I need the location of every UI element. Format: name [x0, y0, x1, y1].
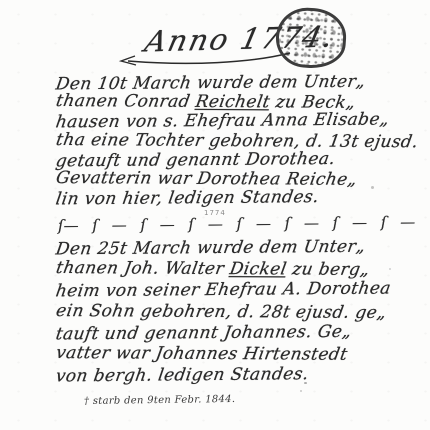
underlined-surname: Reichelt	[194, 92, 272, 112]
line-text: thanen Conrad	[55, 91, 198, 112]
manuscript-line: lin von hier, ledigen Standes.	[54, 188, 379, 210]
ink-speck	[389, 268, 391, 270]
manuscript-line: ein Sohn gebohren, d. 28t ejusd. ge„	[54, 301, 379, 324]
manuscript-line: Den 25t March wurde dem Unter„	[54, 237, 380, 261]
ink-speck	[371, 186, 374, 189]
entry-divider-squiggles: ſ— ſ — ſ — ſ — ſ — ſ — ſ — ſ —	[58, 213, 374, 234]
manuscript-line: tauft und genannt Johannes. Ge„	[54, 321, 380, 345]
manuscript-page: Anno 1774. Den 10t March wurde dem Unter…	[0, 0, 430, 430]
manuscript-line: heim von seiner Ehefrau A. Dorothea	[54, 279, 380, 303]
manuscript-line: thanen Joh. Walter Dickel zu berg„	[54, 258, 379, 281]
title-underline-flourish	[118, 50, 294, 68]
line-text: thanen Joh. Walter	[55, 258, 232, 279]
death-annotation: † starb den 9ten Febr. 1844.	[84, 394, 235, 407]
manuscript-line: von bergh. ledigen Standes.	[54, 364, 380, 388]
baptism-entry-2: Den 25t March wurde dem Unter„ thanen Jo…	[56, 238, 378, 386]
baptism-entry-1: Den 10t March wurde dem Unter„ thanen Co…	[56, 74, 378, 208]
underlined-surname: Dickel	[228, 259, 288, 279]
line-text: zu berg„	[285, 260, 371, 281]
manuscript-line: vatter war Johannes Hirtenstedt	[54, 343, 379, 366]
ink-speck	[300, 390, 302, 392]
ink-speck	[304, 382, 307, 384]
